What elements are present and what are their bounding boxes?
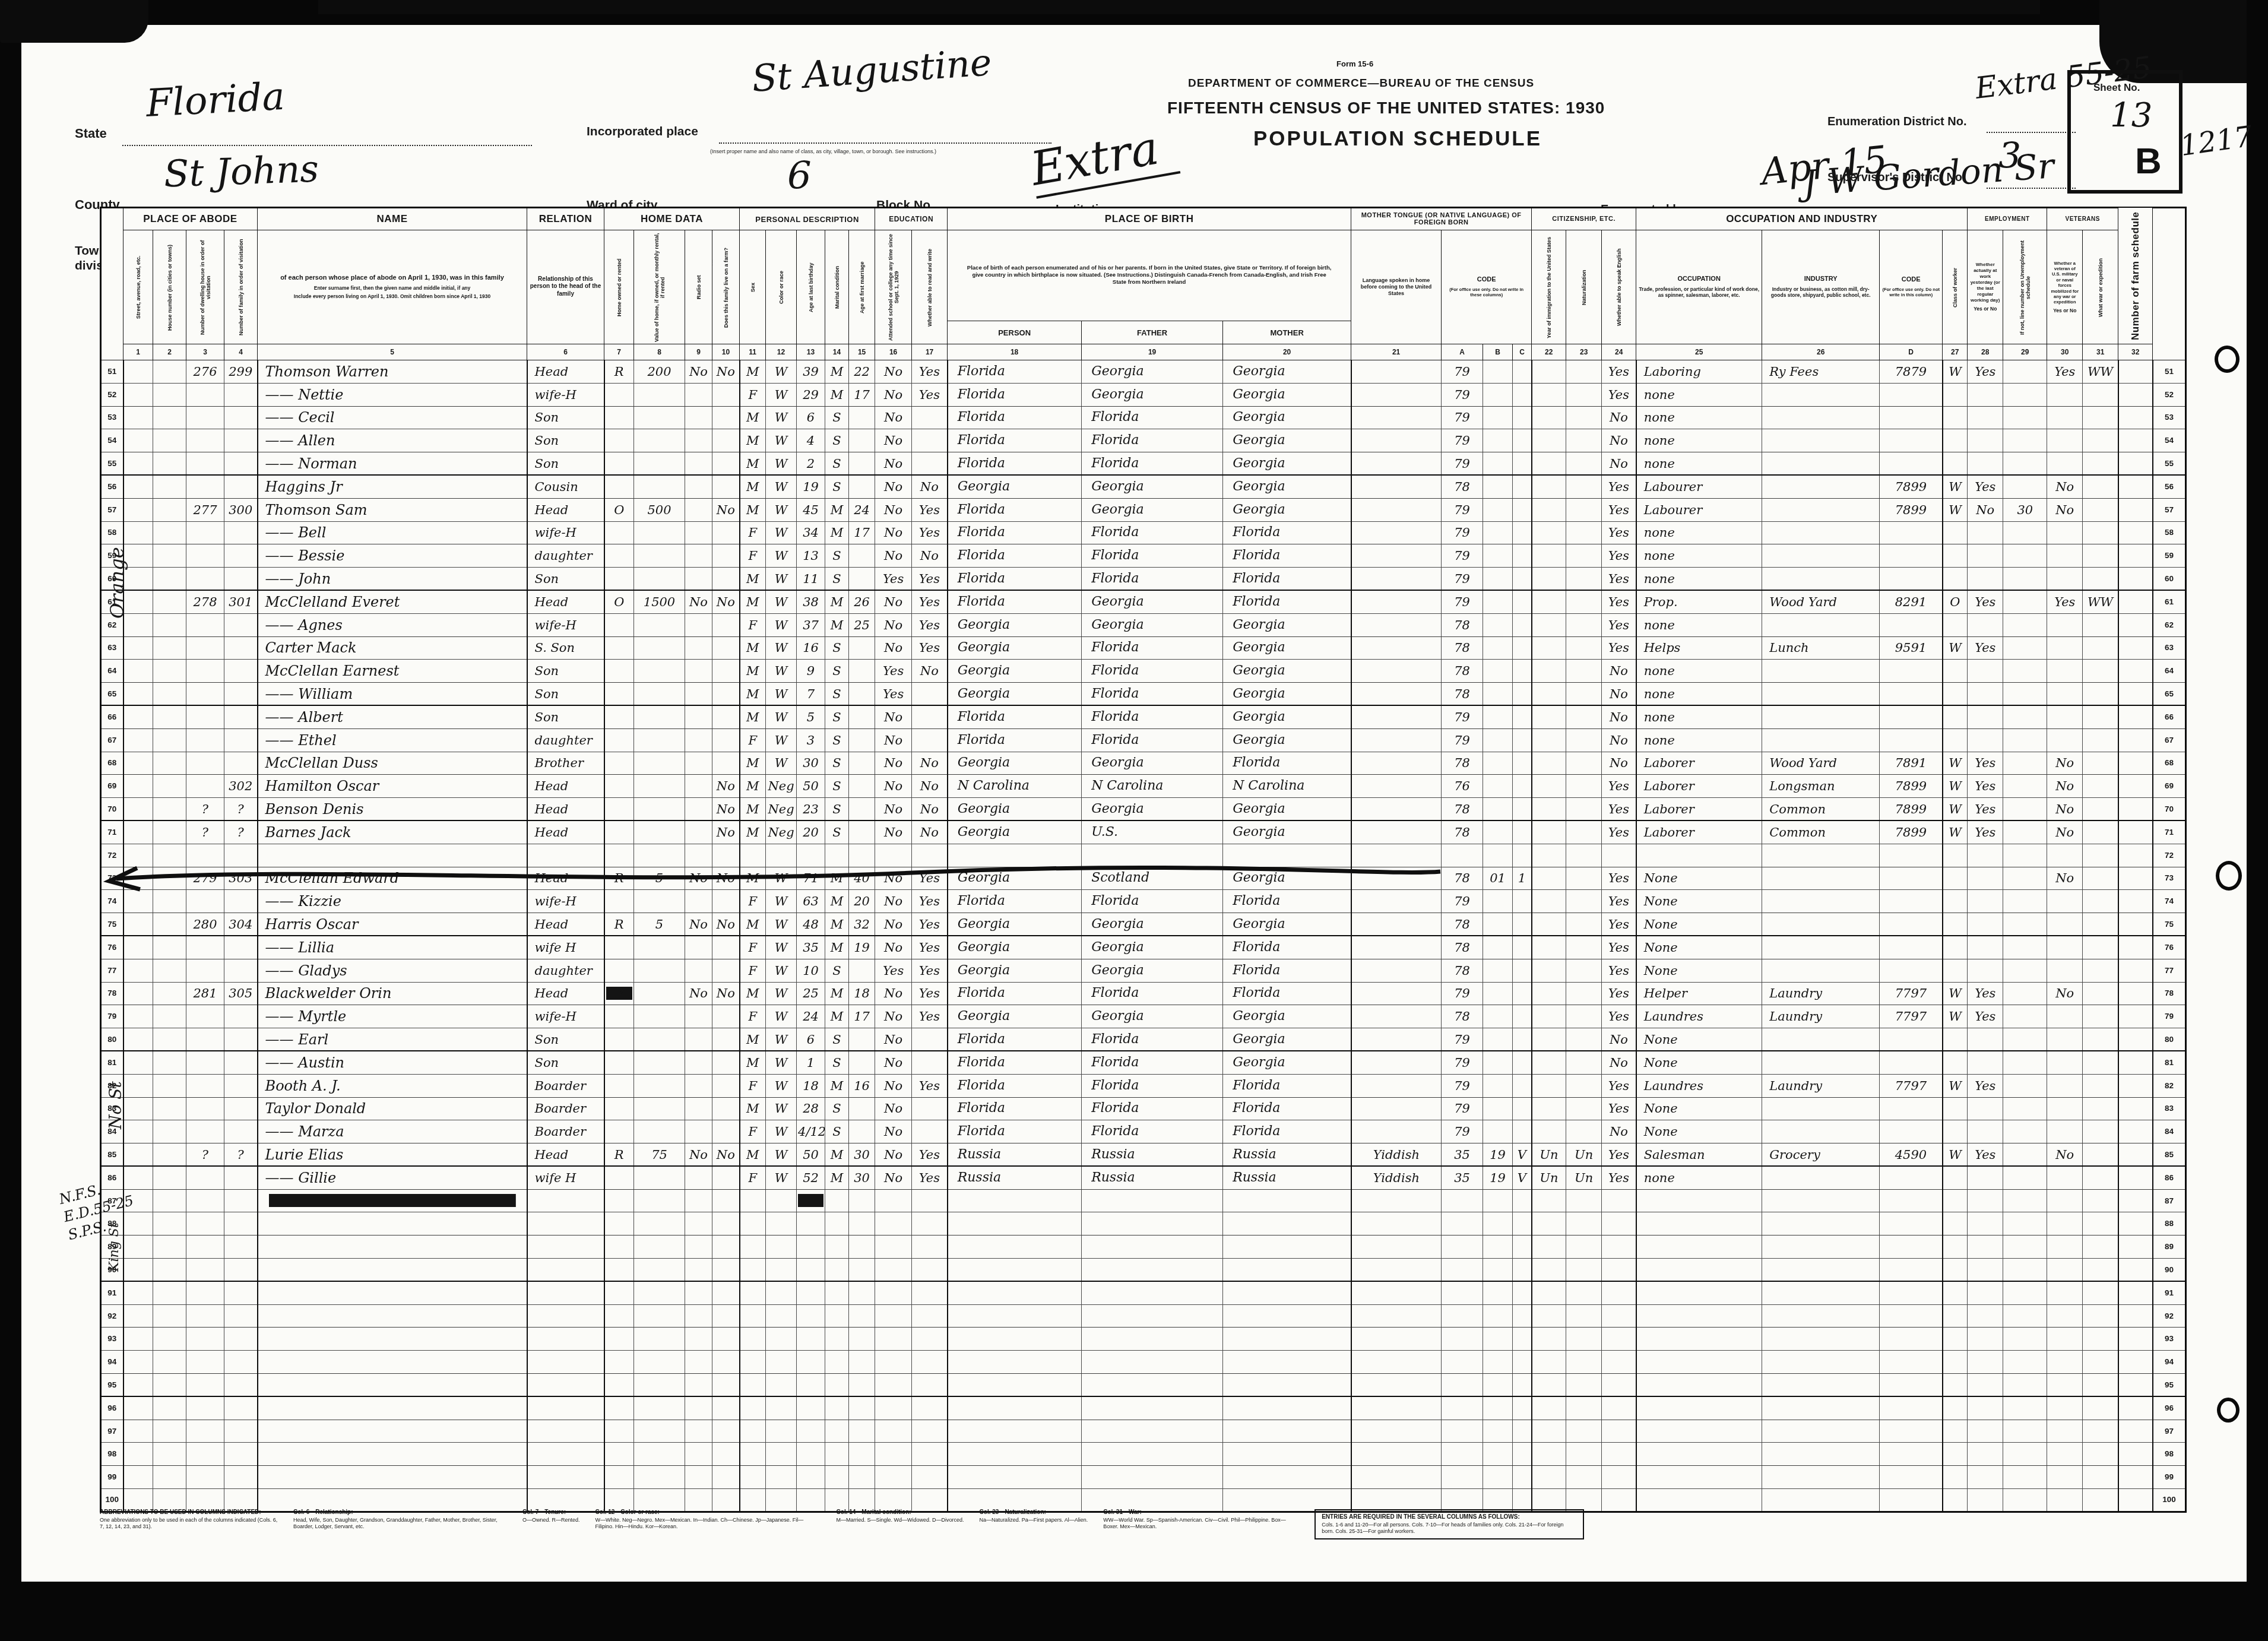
cell: 8291 (1880, 590, 1943, 613)
cell (948, 1466, 1082, 1489)
cell (1880, 1304, 1943, 1328)
cell: Neg (766, 820, 797, 844)
cell (685, 429, 712, 452)
cell (1566, 1466, 1602, 1489)
cell: Yes (912, 1005, 948, 1028)
cell (153, 1235, 186, 1259)
cell (849, 1212, 875, 1235)
cell (912, 1374, 948, 1397)
cell (1532, 1097, 1566, 1120)
cell: No (2047, 775, 2083, 798)
cell (1943, 660, 1968, 683)
line-number: 75 (2153, 913, 2186, 936)
cell: ? (224, 820, 258, 844)
cell (2003, 544, 2047, 568)
cell: No (875, 429, 912, 452)
cell: 1 (797, 1051, 825, 1074)
cell (1513, 452, 1532, 476)
cell (1351, 982, 1442, 1005)
cell (2083, 752, 2118, 775)
census-row-86: 86—— Gilliewife HFW52M30NoYesRussiaRussi… (101, 1166, 2186, 1189)
cell (2003, 1235, 2047, 1259)
cell (2003, 1051, 2047, 1074)
cell (766, 1351, 797, 1374)
cell: Florida (948, 1051, 1082, 1074)
line-number: 69 (2153, 775, 2186, 798)
cell: S (825, 798, 849, 821)
cell (123, 1259, 153, 1282)
state-line (122, 145, 532, 146)
cell: 281 (186, 982, 224, 1005)
cell (224, 1466, 258, 1489)
cell (2083, 1143, 2118, 1167)
line-number: 96 (101, 1396, 123, 1420)
cell (527, 1489, 604, 1512)
cell: Florida (948, 982, 1082, 1005)
cell (1968, 1328, 2003, 1351)
cell: 17 (849, 383, 875, 406)
cell: Florida (1223, 1120, 1351, 1143)
cell (258, 1351, 527, 1374)
cell (1968, 406, 2003, 429)
line-number: 66 (2153, 705, 2186, 728)
cell: R (604, 360, 634, 384)
cell: Yes (912, 360, 948, 384)
cell (634, 1005, 685, 1028)
cell (2083, 1051, 2118, 1074)
cell (153, 1051, 186, 1074)
cell (186, 1466, 224, 1489)
cell (634, 936, 685, 959)
cell: Yes (1602, 1143, 1636, 1167)
cell (1483, 568, 1513, 591)
cell (948, 1374, 1082, 1397)
cell (1532, 1212, 1566, 1235)
cell: 1500 (634, 590, 685, 613)
cell: Laundry (1762, 1074, 1880, 1097)
cell (797, 1374, 825, 1397)
cell: No (875, 475, 912, 498)
cell: No (875, 406, 912, 429)
cell (1880, 683, 1943, 706)
cell (1483, 705, 1513, 728)
cell: M (740, 590, 766, 613)
cell (2118, 1235, 2153, 1259)
cell (1762, 613, 1880, 636)
cell: S (825, 775, 849, 798)
cell: 300 (224, 498, 258, 521)
sheet-box: Sheet No. 13 B (2067, 70, 2183, 194)
cell (1483, 636, 1513, 660)
cell (186, 1097, 224, 1120)
cell: wife-H (527, 1005, 604, 1028)
sd-line (1987, 188, 2076, 189)
census-row-85: 85??Lurie EliasHeadR75NoNoMW50M30NoYesRu… (101, 1143, 2186, 1167)
cell (2118, 360, 2153, 384)
cell (1223, 1189, 1351, 1212)
cell (1082, 1259, 1223, 1282)
cell: No (912, 544, 948, 568)
cell (1483, 728, 1513, 752)
cell (712, 1281, 740, 1304)
cell (1532, 1074, 1566, 1097)
cell: Florida (1082, 521, 1223, 544)
cell (634, 1166, 685, 1189)
cell (2118, 1212, 2153, 1235)
line-number: 87 (2153, 1189, 2186, 1212)
cell (2083, 867, 2118, 890)
cell (685, 1120, 712, 1143)
cell: F (740, 1074, 766, 1097)
census-row-79: 79—— Myrtlewife-HFW24M17NoYesGeorgiaGeor… (101, 1005, 2186, 1028)
cell (849, 1466, 875, 1489)
cell (849, 1374, 875, 1397)
cell (1483, 360, 1513, 384)
cell (712, 683, 740, 706)
line-number: 58 (2153, 521, 2186, 544)
cell (1483, 820, 1513, 844)
cell: Russia (1223, 1166, 1351, 1189)
cell: W (1943, 1143, 1968, 1167)
cell (849, 568, 875, 591)
cell: 304 (224, 913, 258, 936)
cell: Yes (1602, 613, 1636, 636)
cell: ? (186, 798, 224, 821)
cell (2118, 982, 2153, 1005)
cell (1351, 660, 1442, 683)
cell: 79 (1442, 1097, 1483, 1120)
line-number: 57 (2153, 498, 2186, 521)
census-row-67: 67—— EtheldaughterFW3SNoFloridaFloridaGe… (101, 728, 2186, 752)
column-number: 22 (1532, 344, 1566, 360)
cell: No (875, 1074, 912, 1097)
cell (634, 383, 685, 406)
cell: Florida (948, 1028, 1082, 1051)
cell (1351, 383, 1442, 406)
cell (712, 1466, 740, 1489)
line-number: 97 (101, 1420, 123, 1443)
cell: W (766, 1120, 797, 1143)
cell (2083, 1466, 2118, 1489)
cell: Son (527, 568, 604, 591)
cell (1880, 913, 1943, 936)
cell: None (1636, 1051, 1762, 1074)
cell: 4 (797, 429, 825, 452)
cell (1566, 521, 1602, 544)
cell (797, 1396, 825, 1420)
cell: W (766, 568, 797, 591)
cell (1880, 544, 1943, 568)
cell (2003, 1212, 2047, 1235)
cell (123, 1420, 153, 1443)
cell (153, 1120, 186, 1143)
cell (685, 705, 712, 728)
column-number: 6 (527, 344, 604, 360)
cell (1483, 544, 1513, 568)
cell: Georgia (1082, 613, 1223, 636)
cell: W (766, 660, 797, 683)
cell: No (712, 913, 740, 936)
cell: No (2047, 475, 2083, 498)
cell (1566, 383, 1602, 406)
cell (1513, 752, 1532, 775)
cell (153, 636, 186, 660)
cell (1566, 867, 1602, 890)
column-number: 23 (1566, 344, 1602, 360)
cell (2003, 613, 2047, 636)
cell (1566, 1304, 1602, 1328)
cell: 1 (1513, 867, 1532, 890)
cell (685, 1374, 712, 1397)
line-number: 76 (2153, 936, 2186, 959)
cell (912, 1351, 948, 1374)
cell (1532, 1051, 1566, 1074)
cell: 52 (797, 1166, 825, 1189)
cell (2118, 383, 2153, 406)
cell: Laborer (1636, 820, 1762, 844)
cell: Georgia (1223, 683, 1351, 706)
cell: S (825, 1028, 849, 1051)
cell: 7899 (1880, 475, 1943, 498)
cell (1082, 1489, 1223, 1512)
cell (1513, 568, 1532, 591)
cell: Yes (1602, 1005, 1636, 1028)
col-name-desc: of each person whose place of abode on A… (258, 230, 527, 344)
cell (1483, 1259, 1513, 1282)
state-label: State (75, 126, 107, 141)
cell (1442, 1328, 1483, 1351)
cell: Haggins Jr (258, 475, 527, 498)
cell (1566, 475, 1602, 498)
column-number: 3 (186, 344, 224, 360)
cell (1532, 613, 1566, 636)
line-number: 84 (2153, 1120, 2186, 1143)
cell (1483, 1212, 1513, 1235)
cell (685, 1028, 712, 1051)
cell (2003, 568, 2047, 591)
cell (2083, 1351, 2118, 1374)
cell (153, 1466, 186, 1489)
cell (1223, 1259, 1351, 1282)
cell (123, 752, 153, 775)
census-row-70: 70??Benson DenisHeadNoMNeg23SNoNoGeorgia… (101, 798, 2186, 821)
cell (224, 613, 258, 636)
cell (1880, 1443, 1943, 1466)
cell: Grocery (1762, 1143, 1880, 1167)
cell (224, 1005, 258, 1028)
line-number: 97 (2153, 1420, 2186, 1443)
cell (1513, 1120, 1532, 1143)
cell: Head (527, 982, 604, 1005)
cell (153, 1443, 186, 1466)
col-code-abc: CODE (For office use only. Do not write … (1442, 230, 1532, 344)
cell (186, 1281, 224, 1304)
census-row-53: 53—— CecilSonMW6SNoFloridaFloridaGeorgia… (101, 406, 2186, 429)
cell (123, 1328, 153, 1351)
cell (186, 429, 224, 452)
col-marital: Marital condition (825, 230, 849, 344)
column-number: 7 (604, 344, 634, 360)
cell: Florida (1082, 1051, 1223, 1074)
cell (912, 1281, 948, 1304)
cell: M (740, 452, 766, 476)
cell (1880, 705, 1943, 728)
cell (634, 1420, 685, 1443)
cell: none (1636, 406, 1762, 429)
cell (1483, 1443, 1513, 1466)
cell (2118, 1120, 2153, 1143)
cell (2047, 1443, 2083, 1466)
cell (766, 1396, 797, 1420)
cell: No (912, 752, 948, 775)
cell: 32 (849, 913, 875, 936)
cell (2083, 1120, 2118, 1143)
cell: 13 (797, 544, 825, 568)
cell (1082, 1235, 1223, 1259)
cell (1602, 1443, 1636, 1466)
cell (1351, 544, 1442, 568)
cell: 78 (1442, 798, 1483, 821)
cell: none (1636, 544, 1762, 568)
cell: R (604, 913, 634, 936)
cell: Florida (948, 498, 1082, 521)
cell: Georgia (1223, 705, 1351, 728)
cell (1602, 1259, 1636, 1282)
cell: Yes (875, 683, 912, 706)
cell (1351, 752, 1442, 775)
cell: No (875, 383, 912, 406)
cell: W (766, 936, 797, 959)
cell (1483, 1328, 1513, 1351)
line-number: 51 (2153, 360, 2186, 384)
cell (634, 544, 685, 568)
cell (2083, 498, 2118, 521)
cell (2118, 498, 2153, 521)
cell (2047, 521, 2083, 544)
cell (2047, 1189, 2083, 1212)
cell: Barnes Jack (258, 820, 527, 844)
cell (634, 1396, 685, 1420)
cell (634, 798, 685, 821)
cell: M (740, 498, 766, 521)
cell: Florida (1082, 1097, 1223, 1120)
cell: Yes (1602, 798, 1636, 821)
cell (527, 1281, 604, 1304)
cell: 30 (849, 1143, 875, 1167)
cell: Head (527, 798, 604, 821)
cell: ? (224, 798, 258, 821)
cell (1566, 660, 1602, 683)
cell (1532, 728, 1566, 752)
cell (740, 1351, 766, 1374)
cell (153, 521, 186, 544)
cell: No (1602, 705, 1636, 728)
cell (2047, 1374, 2083, 1397)
cell: S (825, 406, 849, 429)
column-number: 8 (634, 344, 685, 360)
cell (1513, 1281, 1532, 1304)
cell (849, 959, 875, 982)
cell: 6 (797, 406, 825, 429)
cell: Son (527, 452, 604, 476)
cell (1223, 1304, 1351, 1328)
cell: Yes (1602, 636, 1636, 660)
cell (1223, 1420, 1351, 1443)
cell: 79 (1442, 360, 1483, 384)
cell: 35 (1442, 1143, 1483, 1167)
cell (123, 1351, 153, 1374)
cell (258, 1328, 527, 1351)
cell (685, 1212, 712, 1235)
cell: Laboring (1636, 360, 1762, 384)
cell: none (1636, 521, 1762, 544)
cell: wife-H (527, 613, 604, 636)
line-number: 99 (101, 1466, 123, 1489)
cell: M (740, 683, 766, 706)
cell (1566, 1051, 1602, 1074)
cell: Yes (1602, 521, 1636, 544)
cell (634, 636, 685, 660)
cell (2047, 683, 2083, 706)
cell (1442, 844, 1483, 867)
county-value: St Johns (163, 147, 319, 195)
cell (604, 1304, 634, 1328)
cell: W (766, 1074, 797, 1097)
cell (1351, 1074, 1442, 1097)
cell (153, 1420, 186, 1443)
footer-block: Col. 7—Tenure:O—Owned. R—Rented. (522, 1509, 580, 1523)
cell: N Carolina (1082, 775, 1223, 798)
cell: Florida (1223, 936, 1351, 959)
cell (1762, 1304, 1880, 1328)
cell (1483, 1189, 1513, 1212)
col-family: Number of family in order of visitation (224, 230, 258, 344)
cell (825, 1212, 849, 1235)
cell (153, 752, 186, 775)
group-home: HOME DATA (604, 208, 740, 230)
form-number: Form 15-6 (1336, 59, 1373, 68)
cell: 45 (797, 498, 825, 521)
cell (1968, 728, 2003, 752)
cell (1943, 1304, 1968, 1328)
column-number: 2 (153, 344, 186, 360)
cell (2083, 429, 2118, 452)
cell: M (740, 429, 766, 452)
cell (2047, 1489, 2083, 1512)
cell (1762, 544, 1880, 568)
cell (604, 936, 634, 959)
cell (1880, 1097, 1943, 1120)
cell: Son (527, 660, 604, 683)
cell: Georgia (1223, 798, 1351, 821)
cell (1442, 1281, 1483, 1304)
cell (1762, 728, 1880, 752)
cell: No (1602, 452, 1636, 476)
cell (153, 1351, 186, 1374)
cell (948, 1420, 1082, 1443)
census-row-98: 9898 (101, 1443, 2186, 1466)
cell: Benson Denis (258, 798, 527, 821)
cell: Yes (912, 498, 948, 521)
cell (604, 1396, 634, 1420)
cell (685, 636, 712, 660)
cell (948, 1212, 1082, 1235)
cell (258, 1212, 527, 1235)
line-number: 94 (101, 1351, 123, 1374)
cell (634, 1212, 685, 1235)
cell: Yes (1968, 982, 2003, 1005)
cell (1532, 544, 1566, 568)
